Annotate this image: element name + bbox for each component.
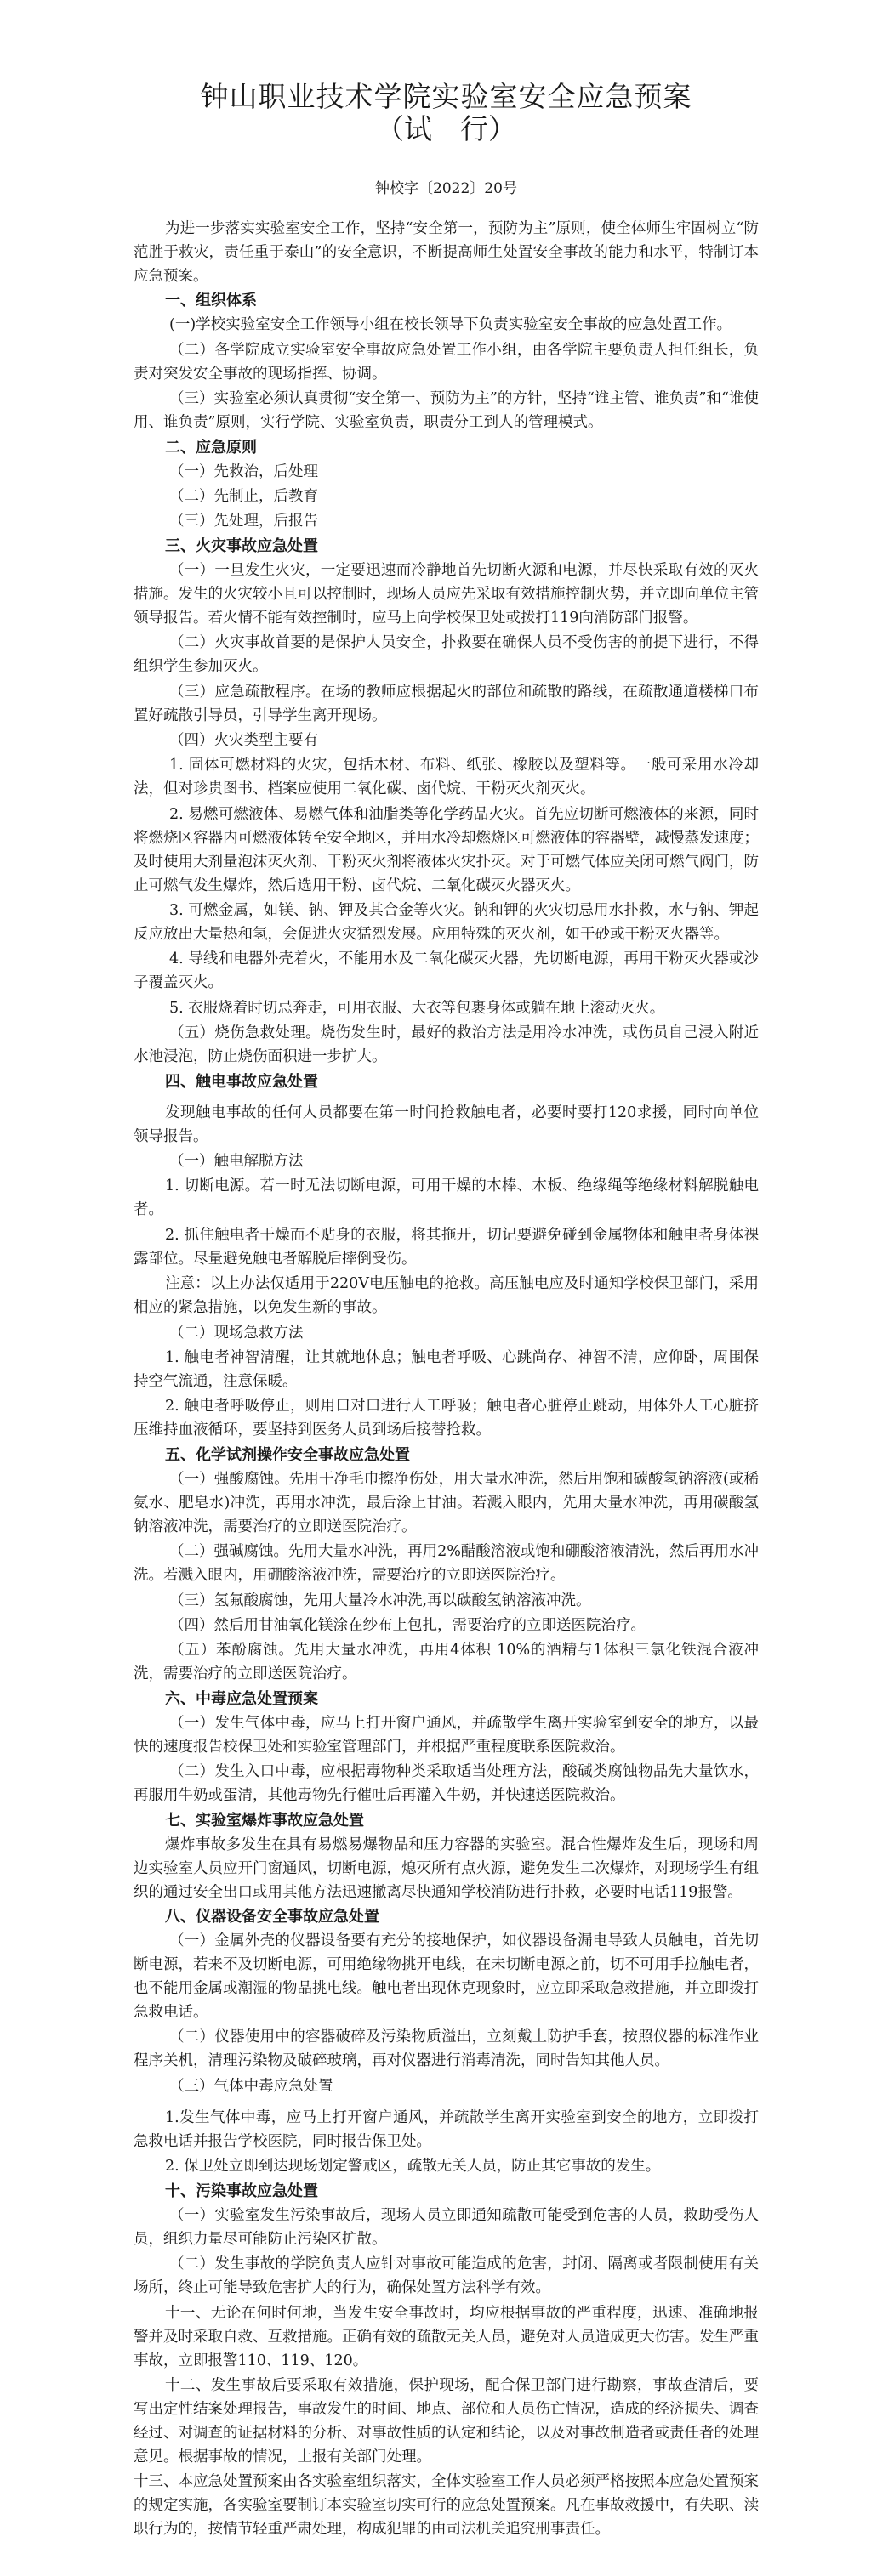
paragraph: 1.发生气体中毒，应马上打开窗户通风，并疏散学生离开实验室到安全的地方，立即拨打… (134, 2106, 759, 2153)
paragraph: 4. 导线和电器外壳着火，不能用水及二氧化碳灭火器，先切断电源，再用干粉灭火器或… (134, 947, 759, 995)
paragraph: （二）仪器使用中的容器破碎及污染物质溢出，立刻戴上防护手套，按照仪器的标准作业程… (134, 2025, 759, 2073)
section-heading: 二、应急原则 (134, 436, 759, 460)
paragraph: （二）火灾事故首要的是保护人员安全，扑救要在确保人员不受伤害的前提下进行，不得组… (134, 631, 759, 678)
paragraph: 1. 固体可燃材料的火灾，包括木材、布料、纸张、橡胶以及塑料等。一般可采用水冷却… (134, 753, 759, 801)
paragraph: （一）一旦发生火灾，一定要迅速而冷静地首先切断火源和电源，并尽快采取有效的灭火措… (134, 559, 759, 630)
section-heading: 六、中毒应急处置预案 (134, 1688, 759, 1711)
paragraph: （一）触电解脱方法 (134, 1149, 759, 1173)
paragraph: (一)学校实验室安全工作领导小组在校长领导下负责实验室安全事故的应急处置工作。 (134, 313, 759, 337)
paragraph: （一）发生气体中毒，应马上打开窗户通风，并疏散学生离开实验室到安全的地方，以最快… (134, 1711, 759, 1759)
paragraph: 1. 切断电源。若一时无法切断电源，可用干燥的木棒、木板、绝缘绳等绝缘材料解脱触… (134, 1174, 759, 1222)
paragraph: （三）实验室必须认真贯彻“安全第一、预防为主”的方针，坚持“谁主管、谁负责”和“… (134, 387, 759, 434)
section-heading: 四、触电事故应急处置 (134, 1070, 759, 1094)
paragraph: （二）发生入口中毒，应根据毒物种类采取适当处理方法，酸碱类腐蚀物品先大量饮水，再… (134, 1760, 759, 1807)
section-heading: 三、火灾事故应急处置 (134, 535, 759, 559)
paragraph: 5. 衣服烧着时切忌奔走，可用衣服、大衣等包裹身体或躺在地上滚动灭火。 (134, 996, 759, 1020)
document-number: 钟校字〔2022〕20号 (134, 179, 759, 199)
closing-paragraph: 十一、无论在何时何地，当发生安全事故时，均应根据事故的严重程度，迅速、准确地报警… (134, 2301, 759, 2373)
paragraph: （三）氢氟酸腐蚀，先用大量冷水冲洗,再以碳酸氢钠溶液冲洗。 (134, 1589, 759, 1613)
paragraph: （三）气体中毒应急处置 (134, 2074, 759, 2098)
document-subtitle: （试 行） (134, 112, 759, 146)
paragraph: 爆炸事故多发生在具有易燃易爆物品和压力容器的实验室。混合性爆炸发生后，现场和周边… (134, 1833, 759, 1904)
closing-paragraph: 十二、发生事故后要采取有效措施，保护现场，配合保卫部门进行勘察，事故查清后，要写… (134, 2374, 759, 2469)
document-title: 钟山职业技术学院实验室安全应急预案 (134, 78, 759, 116)
section-heading: 七、实验室爆炸事故应急处置 (134, 1809, 759, 1833)
paragraph: （五）苯酚腐蚀。先用大量水冲洗，再用4体积 10%的酒精与1体积三氯化铁混合液冲… (134, 1638, 759, 1686)
paragraph: （二）各学院成立实验室安全事故应急处置工作小组，由各学院主要负责人担任组长，负责… (134, 338, 759, 386)
paragraph: 2. 易燃可燃液体、易燃气体和油脂类等化学药品火灾。首先应切断可燃液体的来源，同… (134, 803, 759, 898)
paragraph: （二）发生事故的学院负责人应针对事故可能造成的危害，封闭、隔离或者限制使用有关场… (134, 2252, 759, 2300)
paragraph: （一）金属外壳的仪器设备要有充分的接地保护，如仪器设备漏电导致人员触电，首先切断… (134, 1929, 759, 2024)
paragraph: 2. 保卫处立即到达现场划定警戒区，疏散无关人员，防止其它事故的发生。 (134, 2154, 759, 2178)
paragraph: 1. 触电者神智清醒，让其就地休息；触电者呼吸、心跳尚存、神智不清，应仰卧，周围… (134, 1346, 759, 1393)
paragraph: 2. 抓住触电者干燥而不贴身的衣服，将其拖开，切记要避免碰到金属物体和触电者身体… (134, 1223, 759, 1271)
paragraph: （四）然后用甘油氧化镁涂在纱布上包扎，需要治疗的立即送医院治疗。 (134, 1614, 759, 1637)
paragraph: （三）先处理，后报告 (134, 509, 759, 533)
section-heading: 十、污染事故应急处置 (134, 2180, 759, 2204)
paragraph: （三）应急疏散程序。在场的教师应根据起火的部位和疏散的路线，在疏散通道楼梯口布置… (134, 680, 759, 728)
paragraph: （一）强酸腐蚀。先用干净毛巾擦净伤处，用大量水冲洗，然后用饱和碳酸氢钠溶液(或稀… (134, 1467, 759, 1539)
paragraph: 注意：以上办法仅适用于220V电压触电的抢救。高压触电应及时通知学校保卫部门，采… (134, 1272, 759, 1319)
paragraph: （二）先制止，后教育 (134, 485, 759, 508)
paragraph: （五）烧伤急救处理。烧伤发生时，最好的救治方法是用冷水冲洗，或伤员自己浸入附近水… (134, 1021, 759, 1069)
paragraph: 发现触电事故的任何人员都要在第一时间抢救触电者，必要时要打120求援，同时向单位… (134, 1101, 759, 1149)
section-heading: 五、化学试剂操作安全事故应急处置 (134, 1444, 759, 1467)
document-body: 为进一步落实实验室安全工作，坚持“安全第一，预防为主”原则，使全体师生牢固树立“… (134, 217, 759, 2543)
intro-paragraph: 为进一步落实实验室安全工作，坚持“安全第一，预防为主”原则，使全体师生牢固树立“… (134, 217, 759, 288)
paragraph: （四）火灾类型主要有 (134, 729, 759, 752)
paragraph: （一）实验室发生污染事故后，现场人员立即通知疏散可能受到危害的人员，救助受伤人员… (134, 2204, 759, 2251)
paragraph: （二）现场急救方法 (134, 1321, 759, 1345)
paragraph: 3. 可燃金属，如镁、钠、钾及其合金等火灾。钠和钾的火灾切忌用水扑救，水与钠、钾… (134, 899, 759, 946)
section-heading: 八、仪器设备安全事故应急处置 (134, 1905, 759, 1929)
paragraph: 2. 触电者呼吸停止，则用口对口进行人工呼吸；触电者心脏停止跳动，用体外人工心脏… (134, 1394, 759, 1442)
paragraph: （二）强碱腐蚀。先用大量水冲洗，再用2%醋酸溶液或饱和硼酸溶液清洗，然后再用水冲… (134, 1540, 759, 1587)
paragraph: （一）先救治，后处理 (134, 460, 759, 484)
section-heading: 一、组织体系 (134, 289, 759, 313)
closing-paragraph: 十三、本应急处置预案由各实验室组织落实，全体实验室工作人员必须严格按照本应急处置… (134, 2470, 759, 2541)
